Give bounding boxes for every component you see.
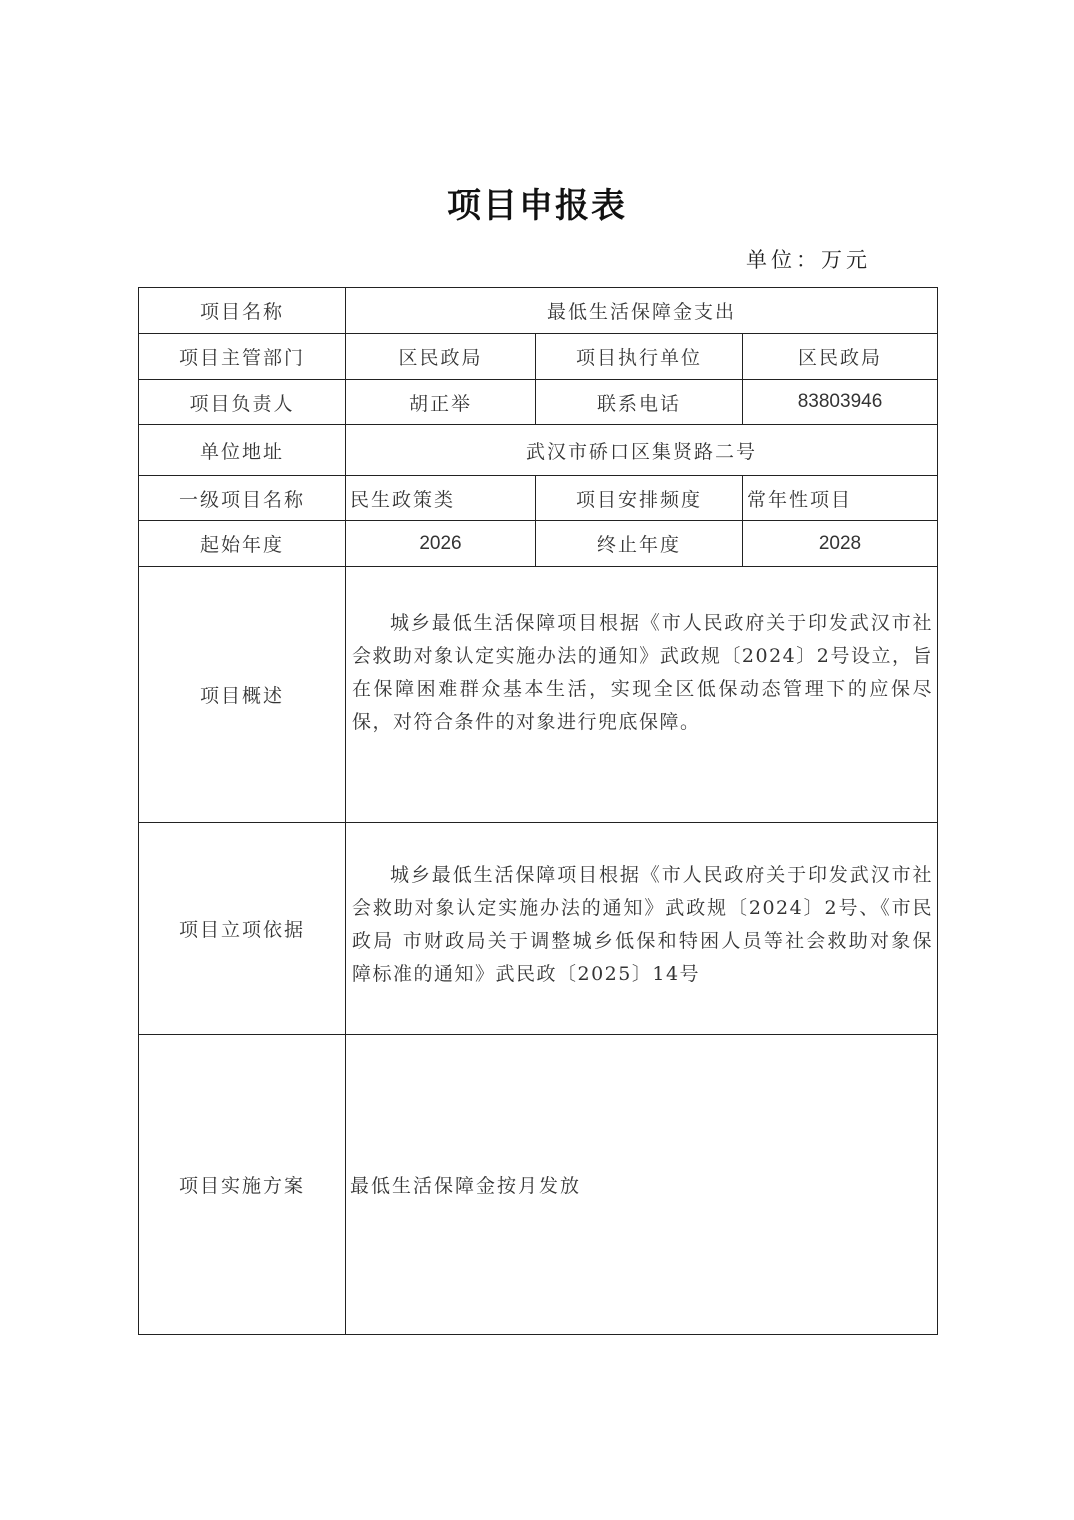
row-basis: 项目立项依据 城乡最低生活保障项目根据《市人民政府关于印发武汉市社会救助对象认定… [139, 823, 938, 1035]
row-project-name: 项目名称 最低生活保障金支出 [139, 288, 938, 334]
value-basis: 城乡最低生活保障项目根据《市人民政府关于印发武汉市社会救助对象认定实施办法的通知… [346, 823, 938, 1035]
label-executing-unit: 项目执行单位 [536, 334, 743, 380]
label-overview: 项目概述 [139, 567, 346, 823]
value-project-leader: 胡正举 [346, 380, 536, 425]
label-project-leader: 项目负责人 [139, 380, 346, 425]
label-supervising-dept: 项目主管部门 [139, 334, 346, 380]
label-start-year: 起始年度 [139, 521, 346, 567]
label-arrangement-frequency: 项目安排频度 [536, 476, 743, 521]
row-departments: 项目主管部门 区民政局 项目执行单位 区民政局 [139, 334, 938, 380]
value-end-year: 2028 [743, 521, 938, 567]
label-unit-address: 单位地址 [139, 425, 346, 476]
page-title: 项目申报表 [0, 178, 1074, 227]
label-project-name: 项目名称 [139, 288, 346, 334]
value-implementation-plan: 最低生活保障金按月发放 [346, 1035, 938, 1335]
unit-value: 万元 [821, 248, 871, 272]
value-level1-project-name: 民生政策类 [346, 476, 536, 521]
value-executing-unit: 区民政局 [743, 334, 938, 380]
unit-note: 单位：万元 [746, 244, 871, 274]
label-contact-phone: 联系电话 [536, 380, 743, 425]
label-implementation-plan: 项目实施方案 [139, 1035, 346, 1335]
value-supervising-dept: 区民政局 [346, 334, 536, 380]
value-overview: 城乡最低生活保障项目根据《市人民政府关于印发武汉市社会救助对象认定实施办法的通知… [346, 567, 938, 823]
row-address: 单位地址 武汉市硚口区集贤路二号 [139, 425, 938, 476]
value-contact-phone: 83803946 [743, 380, 938, 425]
value-arrangement-frequency: 常年性项目 [743, 476, 938, 521]
value-start-year: 2026 [346, 521, 536, 567]
project-application-table: 项目名称 最低生活保障金支出 项目主管部门 区民政局 项目执行单位 区民政局 项… [138, 287, 938, 1335]
row-overview: 项目概述 城乡最低生活保障项目根据《市人民政府关于印发武汉市社会救助对象认定实施… [139, 567, 938, 823]
value-project-name: 最低生活保障金支出 [346, 288, 938, 334]
row-leader: 项目负责人 胡正举 联系电话 83803946 [139, 380, 938, 425]
row-level1: 一级项目名称 民生政策类 项目安排频度 常年性项目 [139, 476, 938, 521]
value-unit-address: 武汉市硚口区集贤路二号 [346, 425, 938, 476]
row-implementation-plan: 项目实施方案 最低生活保障金按月发放 [139, 1035, 938, 1335]
unit-label: 单位： [746, 248, 821, 272]
row-years: 起始年度 2026 终止年度 2028 [139, 521, 938, 567]
label-end-year: 终止年度 [536, 521, 743, 567]
label-basis: 项目立项依据 [139, 823, 346, 1035]
label-level1-project-name: 一级项目名称 [139, 476, 346, 521]
